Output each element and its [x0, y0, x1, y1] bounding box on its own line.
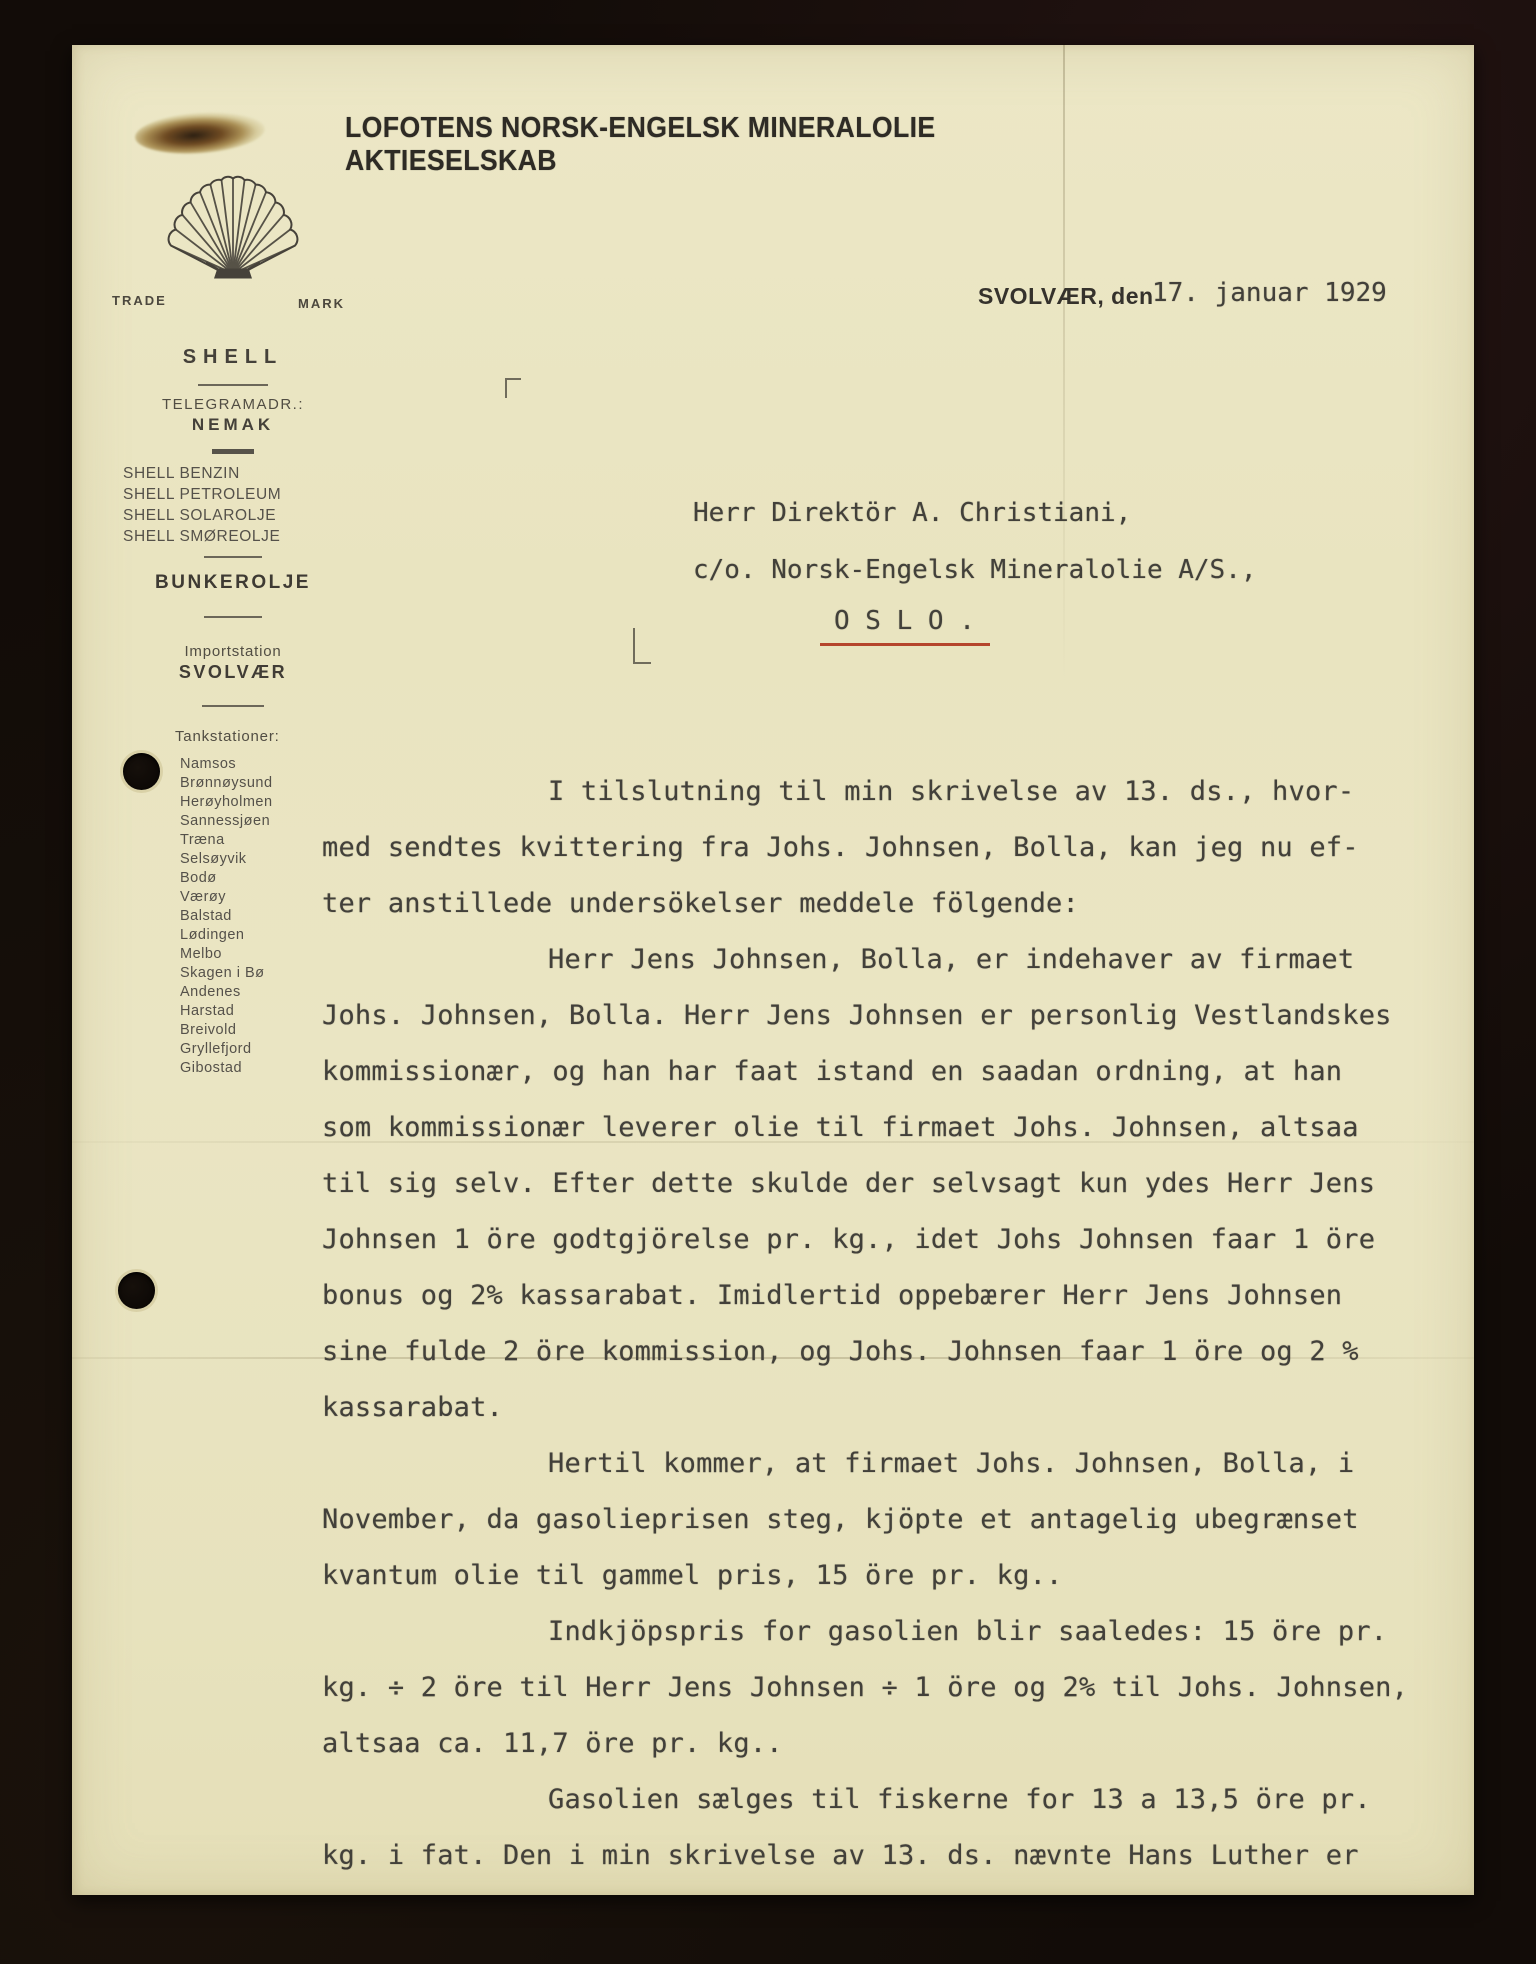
telegram-address-label: TELEGRAMADR.:: [83, 396, 383, 413]
body-line: kg. ÷ 2 öre til Herr Jens Johnsen ÷ 1 ör…: [322, 1660, 1462, 1716]
body-line: ter anstillede undersökelser meddele föl…: [322, 876, 1462, 932]
product-item: SHELL SMØREOLJE: [123, 526, 383, 547]
company-name: LOFOTENS NORSK-ENGELSK MINERALOLIE AKTIE…: [345, 112, 1099, 178]
product-list: SHELL BENZIN SHELL PETROLEUM SHELL SOLAR…: [83, 463, 383, 547]
body-line: Johnsen 1 öre godtgjörelse pr. kg., idet…: [322, 1212, 1462, 1268]
body-line: November, da gasolieprisen steg, kjöpte …: [322, 1492, 1462, 1548]
letter-body: I tilslutning til min skrivelse av 13. d…: [322, 764, 1462, 1884]
body-line: Hertil kommer, at firmaet Johs. Johnsen,…: [322, 1436, 1462, 1492]
body-line: med sendtes kvittering fra Johs. Johnsen…: [322, 820, 1462, 876]
import-station-name: SVOLVÆR: [83, 662, 383, 683]
punch-hole-bottom: [118, 1272, 155, 1309]
recipient-city: O S L O .: [820, 606, 990, 646]
mark-label: MARK: [298, 296, 345, 311]
body-line: kg. i fat. Den i min skrivelse av 13. ds…: [322, 1828, 1462, 1884]
product-item: SHELL BENZIN: [123, 463, 383, 484]
body-line: sine fulde 2 öre kommission, og Johs. Jo…: [322, 1324, 1462, 1380]
scan-background: LOFOTENS NORSK-ENGELSK MINERALOLIE AKTIE…: [0, 0, 1536, 1964]
punch-hole-top: [123, 753, 160, 790]
body-line: Indkjöpspris for gasolien blir saaledes:…: [322, 1604, 1462, 1660]
product-item: SHELL SOLAROLJE: [123, 505, 383, 526]
telegram-address-name: NEMAK: [83, 415, 383, 435]
trade-label: TRADE: [112, 293, 167, 308]
tank-stations-label: Tankstationer:: [83, 728, 383, 745]
bunker-oil-label: BUNKEROLJE: [83, 572, 383, 594]
body-line: Johs. Johnsen, Bolla. Herr Jens Johnsen …: [322, 988, 1462, 1044]
recipient-company: c/o. Norsk-Engelsk Mineralolie A/S.,: [693, 555, 1257, 585]
registration-mark: [633, 628, 651, 664]
divider: [212, 449, 254, 454]
import-station-label: Importstation: [83, 643, 383, 660]
body-line: Gasolien sælges til fiskerne for 13 a 13…: [322, 1772, 1462, 1828]
letter-page: LOFOTENS NORSK-ENGELSK MINERALOLIE AKTIE…: [72, 45, 1474, 1895]
body-line: til sig selv. Efter dette skulde der sel…: [322, 1156, 1462, 1212]
divider: [198, 384, 268, 386]
divider: [204, 616, 262, 618]
dateline-date: 17. januar 1929: [1152, 278, 1387, 308]
body-line: bonus og 2% kassarabat. Imidlertid oppeb…: [322, 1268, 1462, 1324]
body-line: Herr Jens Johnsen, Bolla, er indehaver a…: [322, 932, 1462, 988]
body-line: kommissionær, og han har faat istand en …: [322, 1044, 1462, 1100]
shell-brand-label: SHELL: [83, 346, 383, 369]
recipient-name: Herr Direktör A. Christiani,: [693, 498, 1131, 528]
registration-mark: [505, 378, 521, 398]
body-line: altsaa ca. 11,7 öre pr. kg..: [322, 1716, 1462, 1772]
paper-tear-mark: [134, 109, 266, 158]
body-line: som kommissionær leverer olie til firmae…: [322, 1100, 1462, 1156]
dateline-place: SVOLVÆR, den: [978, 283, 1154, 310]
product-item: SHELL PETROLEUM: [123, 484, 383, 505]
shell-logo-icon: [158, 163, 308, 303]
divider: [204, 556, 262, 558]
divider: [202, 705, 264, 707]
body-line: kvantum olie til gammel pris, 15 öre pr.…: [322, 1548, 1462, 1604]
body-line: I tilslutning til min skrivelse av 13. d…: [322, 764, 1462, 820]
body-line: kassarabat.: [322, 1380, 1462, 1436]
